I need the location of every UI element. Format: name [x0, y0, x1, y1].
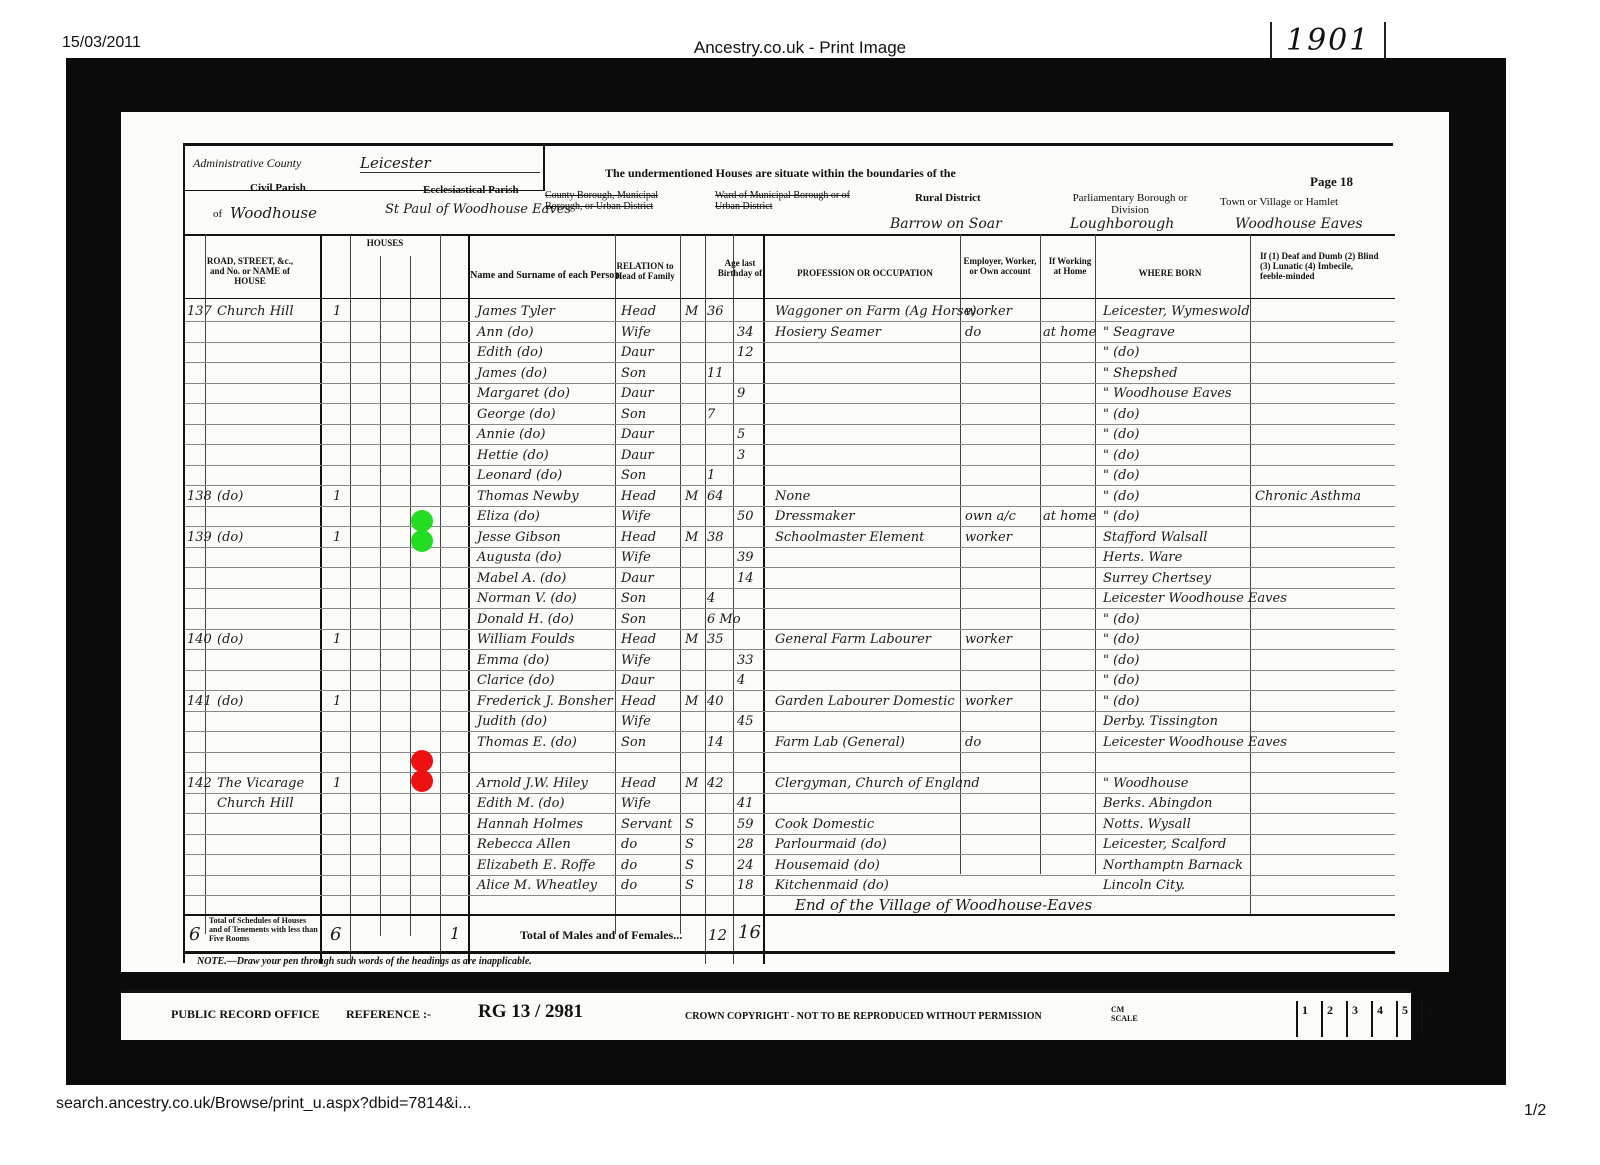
cell-born: " Shepshed [1103, 366, 1177, 381]
cell-f: 59 [737, 817, 754, 832]
cell-home: at home [1043, 509, 1096, 524]
cell-rel: Head [621, 304, 656, 319]
cell-cond: S [685, 837, 694, 852]
cell-rel: Son [621, 407, 646, 422]
cell-rel: Daur [621, 571, 654, 586]
county-borough-label: County Borough, Municipal Borough, or Ur… [545, 190, 685, 212]
cell-occ: Garden Labourer Domestic [775, 694, 955, 709]
census-row: Mabel A. (do)Daur14Surrey Chertsey [185, 569, 1395, 589]
cell-cond: M [685, 776, 698, 791]
form-intro: The undermentioned Houses are situate wi… [605, 166, 956, 181]
cell-name: Hettie (do) [477, 448, 549, 463]
cell-occ: None [775, 489, 810, 504]
red-marker [411, 750, 433, 772]
cell-m: 40 [707, 694, 724, 709]
copyright-notice: CROWN COPYRIGHT - NOT TO BE REPRODUCED W… [685, 1011, 1042, 1022]
col-age-header: Age last Birthday of [710, 258, 770, 278]
cell-cond: S [685, 858, 694, 873]
cell-rel: Head [621, 694, 656, 709]
census-row: Donald H. (do)Son6 Mo" (do) [185, 610, 1395, 630]
cell-m: 35 [707, 632, 724, 647]
census-row: James (do)Son11" Shepshed [185, 364, 1395, 384]
cell-rel: Wife [621, 509, 651, 524]
cm-scale: 123456 [1296, 1001, 1446, 1037]
total-males-females-label: Total of Males and of Females... [520, 928, 682, 943]
scale-mark: 4 [1371, 1001, 1396, 1037]
census-row: Leonard (do)Son1" (do) [185, 466, 1395, 486]
cell-emp: own a/c [965, 509, 1016, 524]
col-name-header: Name and Surname of each Person [465, 271, 625, 281]
year-annotation: 1901 [1270, 22, 1386, 60]
cell-born: Derby. Tissington [1103, 714, 1218, 729]
cell-occ: Schoolmaster Element [775, 530, 924, 545]
cell-road: (do) [217, 694, 243, 709]
cell-m: 1 [707, 468, 715, 483]
cell-born: Surrey Chertsey [1103, 571, 1211, 586]
cell-road: Church Hill [217, 796, 294, 811]
census-row: Emma (do)Wife33" (do) [185, 651, 1395, 671]
census-row: Annie (do)Daur5" (do) [185, 425, 1395, 445]
census-row: Augusta (do)Wife39Herts. Ware [185, 548, 1395, 568]
admin-county-label: Administrative County [193, 156, 301, 171]
cell-born: " (do) [1103, 489, 1139, 504]
cell-name: Frederick J. Bonsher [477, 694, 613, 709]
cell-emp: worker [965, 694, 1012, 709]
col-employer-header: Employer, Worker, or Own account [960, 256, 1040, 276]
cell-m: 11 [707, 366, 724, 381]
cell-name: Alice M. Wheatley [477, 878, 597, 893]
cell-cond: M [685, 530, 698, 545]
cell-name: Augusta (do) [477, 550, 562, 565]
census-row: 137Church Hill1James TylerHeadM36Waggone… [185, 302, 1395, 322]
cell-name: James (do) [477, 366, 547, 381]
cell-born: " (do) [1103, 694, 1139, 709]
print-url: search.ancestry.co.uk/Browse/print_u.asp… [56, 1095, 472, 1113]
census-form: Administrative County Leicester The unde… [183, 143, 1393, 963]
cell-inh: 1 [333, 304, 341, 319]
cell-rel: do [621, 837, 637, 852]
parl-division-label: Parliamentary Borough or Division [1060, 192, 1200, 216]
cell-rel: Son [621, 735, 646, 750]
census-row: Hannah HolmesServantS59Cook DomesticNott… [185, 815, 1395, 835]
cell-name: Norman V. (do) [477, 591, 577, 606]
cell-cond: S [685, 817, 694, 832]
cell-rel: Daur [621, 427, 654, 442]
cell-name: Donald H. (do) [477, 612, 574, 627]
col-road-header: ROAD, STREET, &c., and No. or NAME of HO… [205, 256, 295, 286]
census-row: Eliza (do)Wife50Dressmakerown a/cat home… [185, 507, 1395, 527]
census-row: Judith (do)Wife45Derby. Tissington [185, 712, 1395, 732]
cell-rel: Head [621, 489, 656, 504]
census-row: Norman V. (do)Son4Leicester Woodhouse Ea… [185, 589, 1395, 609]
cell-m: 38 [707, 530, 724, 545]
cell-f: 45 [737, 714, 754, 729]
census-row: 142The Vicarage1Arnold J.W. HileyHeadM42… [185, 774, 1395, 794]
census-row: 139(do)1Jesse GibsonHeadM38Schoolmaster … [185, 528, 1395, 548]
cell-rel: do [621, 858, 637, 873]
parl-division-value: Loughborough [1070, 216, 1174, 232]
cell-born: " (do) [1103, 673, 1139, 688]
cell-sched: 140 [187, 632, 212, 647]
cell-f: 4 [737, 673, 745, 688]
cell-born: " Seagrave [1103, 325, 1175, 340]
census-row: Thomas E. (do)Son14Farm Lab (General)doL… [185, 733, 1395, 753]
cell-name: James Tyler [477, 304, 555, 319]
scale-mark: 6 [1421, 1001, 1446, 1037]
scale-mark: 5 [1396, 1001, 1421, 1037]
census-row: Edith (do)Daur12" (do) [185, 343, 1395, 363]
civil-parish-label: Civil Parish [250, 182, 306, 194]
cell-occ: Housemaid (do) [775, 858, 880, 873]
cell-rel: Son [621, 366, 646, 381]
cell-rel: Wife [621, 325, 651, 340]
cell-emp: worker [965, 632, 1012, 647]
cell-rel: Son [621, 591, 646, 606]
cell-rel: Wife [621, 653, 651, 668]
cell-name: Emma (do) [477, 653, 549, 668]
rural-district-value: Barrow on Soar [890, 216, 1002, 232]
cell-f: 24 [737, 858, 754, 873]
census-row: Clarice (do)Daur4" (do) [185, 671, 1395, 691]
census-row [185, 753, 1395, 773]
cell-sched: 139 [187, 530, 212, 545]
cell-occ: Waggoner on Farm (Ag Horse) [775, 304, 977, 319]
cell-name: Rebecca Allen [477, 837, 571, 852]
cell-occ: Kitchenmaid (do) [775, 878, 889, 893]
cell-inh: 1 [333, 776, 341, 791]
census-row: Elizabeth E. RoffedoS24Housemaid (do)Nor… [185, 856, 1395, 876]
form-note: NOTE.—Draw your pen through such words o… [197, 956, 532, 967]
cell-born: Leicester, Wymeswold [1103, 304, 1250, 319]
cell-name: Jesse Gibson [477, 530, 561, 545]
cell-name: Mabel A. (do) [477, 571, 566, 586]
census-row: Hettie (do)Daur3" (do) [185, 446, 1395, 466]
ward-label: Ward of Municipal Borough or of Urban Di… [715, 190, 855, 212]
cell-m: 7 [707, 407, 715, 422]
cell-m: 4 [707, 591, 715, 606]
cell-inh: 1 [333, 694, 341, 709]
cell-name: Edith (do) [477, 345, 543, 360]
cell-born: " (do) [1103, 427, 1139, 442]
cell-sched: 137 [187, 304, 212, 319]
cell-born: " (do) [1103, 468, 1139, 483]
census-row: 141(do)1Frederick J. BonsherHeadM40Garde… [185, 692, 1395, 712]
cell-born: Berks. Abingdon [1103, 796, 1212, 811]
cell-m: 6 Mo [707, 612, 741, 627]
admin-county-value: Leicester [360, 154, 540, 173]
cell-name: William Foulds [477, 632, 575, 647]
cell-f: 18 [737, 878, 754, 893]
village-label: Town or Village or Hamlet [1220, 196, 1338, 208]
cell-rel: Head [621, 530, 656, 545]
cell-f: 5 [737, 427, 745, 442]
cell-name: Arnold J.W. Hiley [477, 776, 588, 791]
cell-road: The Vicarage [217, 776, 304, 791]
cell-born: Notts. Wysall [1103, 817, 1191, 832]
cell-name: Leonard (do) [477, 468, 562, 483]
cell-name: Clarice (do) [477, 673, 555, 688]
cell-sched: 141 [187, 694, 212, 709]
cell-born: " (do) [1103, 509, 1139, 524]
cell-inh: 1 [333, 489, 341, 504]
cell-m: 42 [707, 776, 724, 791]
census-row: 138(do)1Thomas NewbyHeadM64None" (do)Chr… [185, 487, 1395, 507]
green-marker [411, 530, 433, 552]
cell-inf: Chronic Asthma [1255, 489, 1361, 504]
cell-m: 14 [707, 735, 724, 750]
cell-rel: Wife [621, 796, 651, 811]
reference-strip: PUBLIC RECORD OFFICE REFERENCE :- RG 13 … [121, 990, 1411, 1040]
col-athome-header: If Working at Home [1045, 256, 1095, 276]
eccl-parish-label: Ecclesiastical Parish [423, 184, 519, 196]
cell-m: 36 [707, 304, 724, 319]
cell-sched: 142 [187, 776, 212, 791]
green-marker [411, 510, 433, 532]
cell-born: " (do) [1103, 407, 1139, 422]
cell-occ: Farm Lab (General) [775, 735, 905, 750]
cell-inh: 1 [333, 632, 341, 647]
census-row: Alice M. WheatleydoS18Kitchenmaid (do)Li… [185, 876, 1395, 896]
cell-born: Herts. Ware [1103, 550, 1182, 565]
cell-born: " (do) [1103, 612, 1139, 627]
cell-name: Edith M. (do) [477, 796, 565, 811]
cell-cond: S [685, 878, 694, 893]
end-of-village-note: End of the Village of Woodhouse-Eaves [795, 896, 1092, 914]
cell-f: 34 [737, 325, 754, 340]
cell-name: Judith (do) [477, 714, 547, 729]
cell-cond: M [685, 632, 698, 647]
cell-f: 50 [737, 509, 754, 524]
cell-rel: Wife [621, 714, 651, 729]
cell-sched: 138 [187, 489, 212, 504]
cell-rel: Daur [621, 386, 654, 401]
scale-mark: 3 [1346, 1001, 1371, 1037]
total-inhabited: 6 [330, 924, 341, 945]
cell-f: 9 [737, 386, 745, 401]
cell-cond: M [685, 489, 698, 504]
print-page-number: 1/2 [1524, 1102, 1546, 1120]
total-rooms: 1 [450, 924, 460, 943]
total-males: 12 [708, 926, 727, 944]
record-office: PUBLIC RECORD OFFICE [171, 1007, 320, 1022]
village-value: Woodhouse Eaves [1235, 216, 1363, 232]
cell-f: 41 [737, 796, 754, 811]
cell-rel: Head [621, 776, 656, 791]
cell-road: (do) [217, 489, 243, 504]
col-infirmity-header: If (1) Deaf and Dumb (2) Blind (3) Lunat… [1260, 251, 1380, 281]
civil-parish-value: Woodhouse [230, 204, 317, 222]
census-row: Ann (do)Wife34Hosiery Seamerdoat home" S… [185, 323, 1395, 343]
cell-name: Elizabeth E. Roffe [477, 858, 595, 873]
total-schedules: 6 [189, 924, 200, 945]
cell-inh: 1 [333, 530, 341, 545]
cell-occ: Clergyman, Church of England [775, 776, 980, 791]
cell-f: 3 [737, 448, 745, 463]
col-relation-header: RELATION to Head of Family [615, 261, 675, 281]
cell-name: Eliza (do) [477, 509, 540, 524]
cell-m: 64 [707, 489, 724, 504]
scale-label: CM SCALE [1111, 1005, 1151, 1023]
cell-rel: Daur [621, 673, 654, 688]
cell-name: Thomas E. (do) [477, 735, 577, 750]
red-marker [411, 770, 433, 792]
cell-emp: do [965, 735, 981, 750]
scale-mark: 2 [1321, 1001, 1346, 1037]
cell-name: Thomas Newby [477, 489, 579, 504]
cell-emp: do [965, 325, 981, 340]
col-occupation-header: PROFESSION OR OCCUPATION [785, 268, 945, 278]
cell-f: 28 [737, 837, 754, 852]
cell-name: Margaret (do) [477, 386, 570, 401]
cell-born: Lincoln City. [1103, 878, 1185, 893]
census-row: Margaret (do)Daur9" Woodhouse Eaves [185, 384, 1395, 404]
cell-cond: M [685, 694, 698, 709]
cell-road: Church Hill [217, 304, 294, 319]
cell-born: " (do) [1103, 345, 1139, 360]
cell-road: (do) [217, 632, 243, 647]
col-born-header: WHERE BORN [1095, 268, 1245, 278]
cell-road: (do) [217, 530, 243, 545]
eccl-parish-value: St Paul of Woodhouse Eaves [385, 202, 571, 217]
cell-f: 33 [737, 653, 754, 668]
cell-born: Leicester, Scalford [1103, 837, 1226, 852]
census-row: Church HillEdith M. (do)Wife41Berks. Abi… [185, 794, 1395, 814]
cell-occ: Cook Domestic [775, 817, 874, 832]
rural-district-label: Rural District [915, 192, 981, 204]
cell-born: Northamptn Barnack [1103, 858, 1243, 873]
cell-rel: Daur [621, 448, 654, 463]
census-row: Rebecca AllendoS28Parlourmaid (do)Leices… [185, 835, 1395, 855]
cell-f: 39 [737, 550, 754, 565]
page-number: Page 18 [1310, 174, 1353, 190]
cell-rel: Wife [621, 550, 651, 565]
cell-occ: Dressmaker [775, 509, 855, 524]
cell-occ: Parlourmaid (do) [775, 837, 887, 852]
cell-name: Annie (do) [477, 427, 545, 442]
cell-name: Hannah Holmes [477, 817, 583, 832]
cell-emp: worker [965, 304, 1012, 319]
cell-born: Stafford Walsall [1103, 530, 1207, 545]
cell-born: " Woodhouse [1103, 776, 1189, 791]
reference-label: REFERENCE :- [346, 1007, 431, 1022]
cell-born: " (do) [1103, 448, 1139, 463]
cell-rel: Son [621, 612, 646, 627]
census-row: 140(do)1William FouldsHeadM35General Far… [185, 630, 1395, 650]
cell-born: " (do) [1103, 632, 1139, 647]
cell-rel: do [621, 878, 637, 893]
cell-rel: Daur [621, 345, 654, 360]
cell-emp: worker [965, 530, 1012, 545]
cell-name: Ann (do) [477, 325, 534, 340]
cell-name: George (do) [477, 407, 556, 422]
cell-born: Leicester Woodhouse Eaves [1103, 735, 1287, 750]
cell-born: " (do) [1103, 653, 1139, 668]
totals-label: Total of Schedules of Houses and of Tene… [209, 916, 319, 943]
total-females: 16 [738, 922, 761, 943]
cell-f: 12 [737, 345, 754, 360]
cell-f: 14 [737, 571, 754, 586]
cell-home: at home [1043, 325, 1096, 340]
cell-rel: Head [621, 632, 656, 647]
cell-cond: M [685, 304, 698, 319]
cell-born: " Woodhouse Eaves [1103, 386, 1232, 401]
cell-rel: Servant [621, 817, 673, 832]
scale-mark: 1 [1296, 1001, 1321, 1037]
reference-number: RG 13 / 2981 [478, 1001, 583, 1023]
cell-born: Leicester Woodhouse Eaves [1103, 591, 1287, 606]
cell-occ: Hosiery Seamer [775, 325, 881, 340]
cell-rel: Son [621, 468, 646, 483]
census-row: George (do)Son7" (do) [185, 405, 1395, 425]
cell-occ: General Farm Labourer [775, 632, 931, 647]
